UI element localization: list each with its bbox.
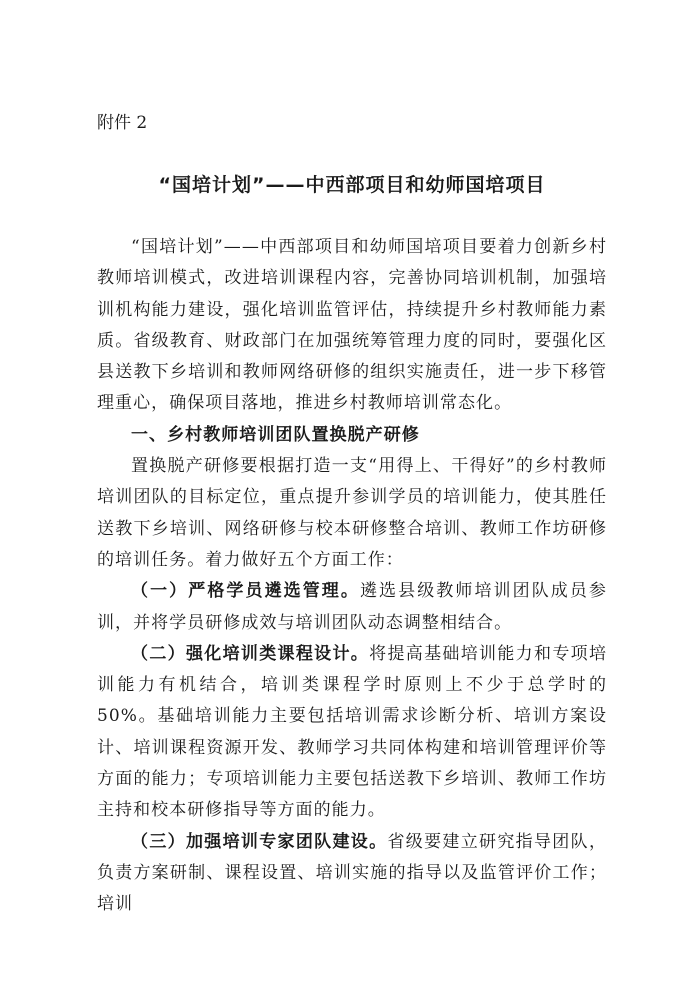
section-heading-1: 一、乡村教师培训团队置换脱产研修 xyxy=(97,420,607,451)
item-1-heading: （一）严格学员遴选管理。 xyxy=(131,581,360,601)
section-1-intro-paragraph: 置换脱产研修要根据打造一支“用得上、干得好”的乡村教师培训团队的目标定位，重点提… xyxy=(97,451,607,576)
document-title: “国培计划”——中西部项目和幼师国培项目 xyxy=(97,170,607,197)
item-2-heading: （二）强化培训类课程设计。 xyxy=(131,644,369,664)
item-1-paragraph: （一）严格学员遴选管理。遴选县级教师培训团队成员参训，并将学员研修成效与培训团队… xyxy=(97,576,607,639)
attachment-label: 附件 2 xyxy=(97,108,147,133)
item-2-text: 将提高基础培训能力和专项培训能力有机结合，培训类课程学时原则上不少于总学时的 5… xyxy=(97,644,607,820)
item-2-paragraph: （二）强化培训类课程设计。将提高基础培训能力和专项培训能力有机结合，培训类课程学… xyxy=(97,639,607,827)
intro-paragraph: “国培计划”——中西部项目和幼师国培项目要着力创新乡村教师培训模式，改进培训课程… xyxy=(97,232,607,420)
item-3-paragraph: （三）加强培训专家团队建设。省级要建立研究指导团队，负责方案研制、课程设置、培训… xyxy=(97,827,607,921)
item-3-heading: （三）加强培训专家团队建设。 xyxy=(131,832,387,852)
document-body: “国培计划”——中西部项目和幼师国培项目要着力创新乡村教师培训模式，改进培训课程… xyxy=(97,232,607,921)
